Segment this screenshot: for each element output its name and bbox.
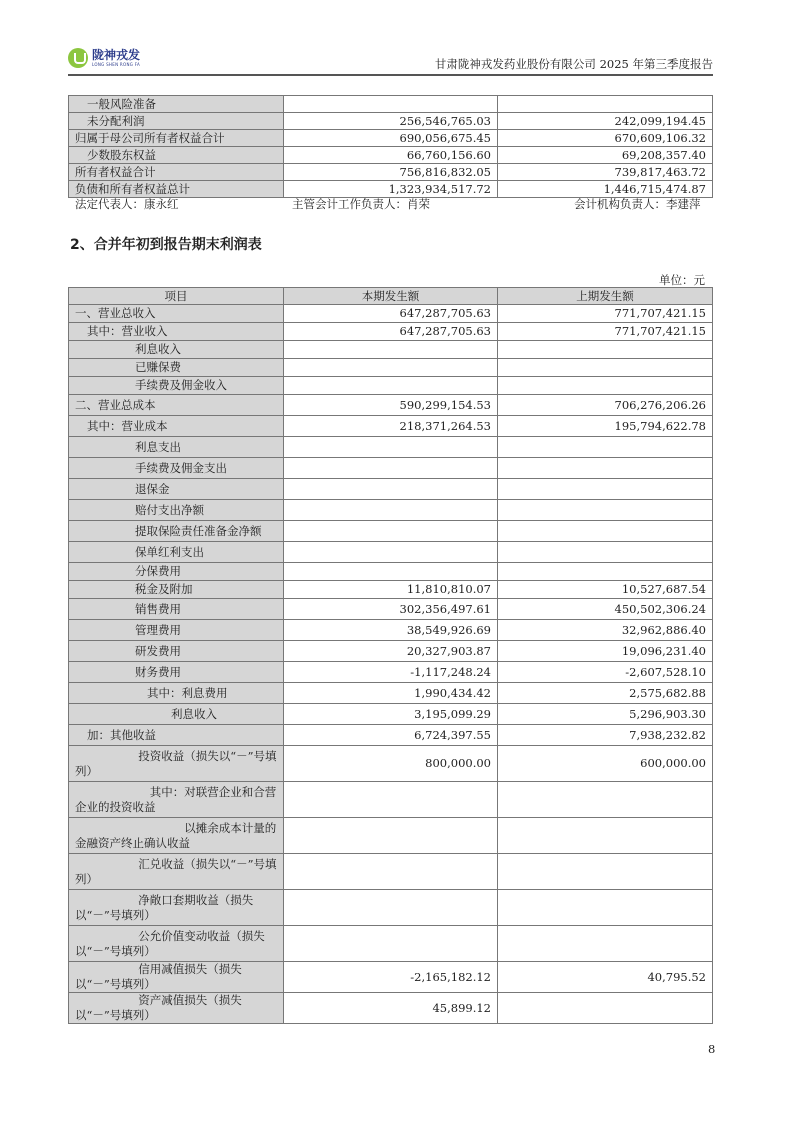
current-period-value	[284, 500, 498, 521]
row-label: 管理费用	[69, 620, 284, 641]
current-period-value: 66,760,156.60	[284, 147, 498, 164]
current-period-value	[284, 782, 498, 818]
table-row: 管理费用38,549,926.6932,962,886.40	[69, 620, 713, 641]
company-logo: 陇神戎发 LONG SHEN RONG FA	[68, 48, 140, 68]
prior-period-value: -2,607,528.10	[498, 662, 713, 683]
current-period-value	[284, 926, 498, 962]
page-number: 8	[708, 1042, 715, 1056]
table-row: 未分配利润256,546,765.03242,099,194.45	[69, 113, 713, 130]
prior-period-value: 600,000.00	[498, 746, 713, 782]
accounting-org-head: 会计机构负责人：李建萍	[574, 196, 701, 212]
row-label: 手续费及佣金支出	[69, 458, 284, 479]
prior-period-value: 670,609,106.32	[498, 130, 713, 147]
column-header-current: 本期发生额	[284, 288, 498, 305]
report-title: 甘肃陇神戎发药业股份有限公司 2025 年第三季度报告	[435, 56, 713, 72]
row-label: 税金及附加	[69, 581, 284, 599]
row-label: 以摊余成本计量的金融资产终止确认收益	[69, 818, 284, 854]
logo-english-name: LONG SHEN RONG FA	[92, 62, 140, 67]
column-header-prior: 上期发生额	[498, 288, 713, 305]
row-label: 汇兑收益（损失以“－”号填列）	[69, 854, 284, 890]
prior-period-value: 5,296,903.30	[498, 704, 713, 725]
table-row: 手续费及佣金收入	[69, 377, 713, 395]
column-header-item: 项目	[69, 288, 284, 305]
current-period-value	[284, 359, 498, 377]
table-row: 手续费及佣金支出	[69, 458, 713, 479]
table-row: 销售费用302,356,497.61450,502,306.24	[69, 599, 713, 620]
accounting-head: 主管会计工作负责人：肖荣	[292, 196, 430, 212]
table-row: 财务费用-1,117,248.24-2,607,528.10	[69, 662, 713, 683]
current-period-value	[284, 542, 498, 563]
table-row: 保单红利支出	[69, 542, 713, 563]
table-row: 资产减值损失（损失以“－”号填列）45,899.12	[69, 993, 713, 1024]
row-label: 净敞口套期收益（损失以“－”号填列）	[69, 890, 284, 926]
table-row: 已赚保费	[69, 359, 713, 377]
row-label: 利息收入	[69, 341, 284, 359]
row-label: 利息收入	[69, 704, 284, 725]
prior-period-value: 40,795.52	[498, 962, 713, 993]
row-label: 手续费及佣金收入	[69, 377, 284, 395]
current-period-value	[284, 854, 498, 890]
current-period-value	[284, 479, 498, 500]
prior-period-value	[498, 521, 713, 542]
prior-period-value: 195,794,622.78	[498, 416, 713, 437]
row-label: 其中：对联营企业和合营企业的投资收益	[69, 782, 284, 818]
table-row: 一、营业总收入647,287,705.63771,707,421.15	[69, 305, 713, 323]
current-period-value: 647,287,705.63	[284, 323, 498, 341]
row-label: 退保金	[69, 479, 284, 500]
prior-period-value: 771,707,421.15	[498, 323, 713, 341]
current-period-value: 1,990,434.42	[284, 683, 498, 704]
prior-period-value: 1,446,715,474.87	[498, 181, 713, 198]
income-statement-table: 项目 本期发生额 上期发生额 一、营业总收入647,287,705.63771,…	[68, 287, 713, 1024]
row-label: 少数股东权益	[69, 147, 284, 164]
row-label: 负债和所有者权益总计	[69, 181, 284, 198]
table-row: 净敞口套期收益（损失以“－”号填列）	[69, 890, 713, 926]
prior-period-value	[498, 359, 713, 377]
table-row: 其中：营业收入647,287,705.63771,707,421.15	[69, 323, 713, 341]
prior-period-value	[498, 782, 713, 818]
current-period-value	[284, 458, 498, 479]
table-row: 归属于母公司所有者权益合计690,056,675.45670,609,106.3…	[69, 130, 713, 147]
row-label: 赔付支出净额	[69, 500, 284, 521]
current-period-value: 38,549,926.69	[284, 620, 498, 641]
prior-period-value	[498, 377, 713, 395]
row-label: 其中：营业成本	[69, 416, 284, 437]
legal-representative: 法定代表人：康永红	[75, 196, 179, 212]
current-period-value: 756,816,832.05	[284, 164, 498, 181]
logo-chinese-name: 陇神戎发	[92, 49, 140, 62]
row-label: 财务费用	[69, 662, 284, 683]
prior-period-value	[498, 437, 713, 458]
prior-period-value	[498, 890, 713, 926]
table-row: 信用减值损失（损失以“－”号填列）-2,165,182.1240,795.52	[69, 962, 713, 993]
table-row: 其中：营业成本218,371,264.53195,794,622.78	[69, 416, 713, 437]
row-label: 归属于母公司所有者权益合计	[69, 130, 284, 147]
table-row: 利息收入	[69, 341, 713, 359]
table-row: 公允价值变动收益（损失以“－”号填列）	[69, 926, 713, 962]
row-label: 所有者权益合计	[69, 164, 284, 181]
table-row: 少数股东权益66,760,156.6069,208,357.40	[69, 147, 713, 164]
prior-period-value: 7,938,232.82	[498, 725, 713, 746]
current-period-value	[284, 437, 498, 458]
current-period-value: 302,356,497.61	[284, 599, 498, 620]
current-period-value: 647,287,705.63	[284, 305, 498, 323]
table-row: 利息支出	[69, 437, 713, 458]
table-row: 研发费用20,327,903.8719,096,231.40	[69, 641, 713, 662]
prior-period-value: 706,276,206.26	[498, 395, 713, 416]
prior-period-value	[498, 96, 713, 113]
row-label: 已赚保费	[69, 359, 284, 377]
header-divider	[68, 74, 713, 76]
table-row: 以摊余成本计量的金融资产终止确认收益	[69, 818, 713, 854]
row-label: 其中：营业收入	[69, 323, 284, 341]
table-row: 加：其他收益6,724,397.557,938,232.82	[69, 725, 713, 746]
prior-period-value	[498, 479, 713, 500]
table-row: 提取保险责任准备金净额	[69, 521, 713, 542]
current-period-value: 1,323,934,517.72	[284, 181, 498, 198]
current-period-value: 20,327,903.87	[284, 641, 498, 662]
table-row: 二、营业总成本590,299,154.53706,276,206.26	[69, 395, 713, 416]
row-label: 销售费用	[69, 599, 284, 620]
table-row: 汇兑收益（损失以“－”号填列）	[69, 854, 713, 890]
row-label: 其中：利息费用	[69, 683, 284, 704]
table-row: 税金及附加11,810,810.0710,527,687.54	[69, 581, 713, 599]
current-period-value	[284, 563, 498, 581]
current-period-value: 6,724,397.55	[284, 725, 498, 746]
current-period-value: 3,195,099.29	[284, 704, 498, 725]
table-row: 退保金	[69, 479, 713, 500]
current-period-value	[284, 818, 498, 854]
prior-period-value	[498, 341, 713, 359]
current-period-value: 690,056,675.45	[284, 130, 498, 147]
table-row: 负债和所有者权益总计1,323,934,517.721,446,715,474.…	[69, 181, 713, 198]
row-label: 研发费用	[69, 641, 284, 662]
row-label: 一、营业总收入	[69, 305, 284, 323]
table-header-row: 项目 本期发生额 上期发生额	[69, 288, 713, 305]
prior-period-value: 242,099,194.45	[498, 113, 713, 130]
current-period-value	[284, 341, 498, 359]
table-row: 其中：利息费用1,990,434.422,575,682.88	[69, 683, 713, 704]
table-row: 投资收益（损失以“－”号填列）800,000.00600,000.00	[69, 746, 713, 782]
current-period-value	[284, 377, 498, 395]
unit-label: 单位：元	[659, 272, 705, 288]
prior-period-value	[498, 926, 713, 962]
current-period-value: 800,000.00	[284, 746, 498, 782]
row-label: 资产减值损失（损失以“－”号填列）	[69, 993, 284, 1024]
current-period-value: 218,371,264.53	[284, 416, 498, 437]
row-label: 保单红利支出	[69, 542, 284, 563]
table-row: 所有者权益合计756,816,832.05739,817,463.72	[69, 164, 713, 181]
prior-period-value	[498, 542, 713, 563]
prior-period-value: 771,707,421.15	[498, 305, 713, 323]
table-row: 利息收入3,195,099.295,296,903.30	[69, 704, 713, 725]
table-row: 一般风险准备	[69, 96, 713, 113]
current-period-value: 11,810,810.07	[284, 581, 498, 599]
prior-period-value	[498, 458, 713, 479]
row-label: 信用减值损失（损失以“－”号填列）	[69, 962, 284, 993]
current-period-value: 590,299,154.53	[284, 395, 498, 416]
prior-period-value	[498, 854, 713, 890]
row-label: 加：其他收益	[69, 725, 284, 746]
current-period-value: -1,117,248.24	[284, 662, 498, 683]
current-period-value	[284, 96, 498, 113]
prior-period-value	[498, 818, 713, 854]
row-label: 利息支出	[69, 437, 284, 458]
prior-period-value: 69,208,357.40	[498, 147, 713, 164]
page-header: 陇神戎发 LONG SHEN RONG FA 甘肃陇神戎发药业股份有限公司 20…	[68, 48, 713, 74]
prior-period-value	[498, 563, 713, 581]
row-label: 提取保险责任准备金净额	[69, 521, 284, 542]
prior-period-value: 739,817,463.72	[498, 164, 713, 181]
table-row: 分保费用	[69, 563, 713, 581]
current-period-value: 45,899.12	[284, 993, 498, 1024]
row-label: 未分配利润	[69, 113, 284, 130]
table-row: 赔付支出净额	[69, 500, 713, 521]
prior-period-value: 2,575,682.88	[498, 683, 713, 704]
table-row: 其中：对联营企业和合营企业的投资收益	[69, 782, 713, 818]
section-title: 2、合并年初到报告期末利润表	[70, 234, 262, 254]
prior-period-value: 19,096,231.40	[498, 641, 713, 662]
prior-period-value: 10,527,687.54	[498, 581, 713, 599]
row-label: 投资收益（损失以“－”号填列）	[69, 746, 284, 782]
prior-period-value	[498, 993, 713, 1024]
row-label: 二、营业总成本	[69, 395, 284, 416]
prior-period-value: 32,962,886.40	[498, 620, 713, 641]
current-period-value: 256,546,765.03	[284, 113, 498, 130]
current-period-value	[284, 521, 498, 542]
current-period-value: -2,165,182.12	[284, 962, 498, 993]
current-period-value	[284, 890, 498, 926]
balance-sheet-tail-table: 一般风险准备未分配利润256,546,765.03242,099,194.45归…	[68, 95, 713, 198]
logo-icon	[68, 48, 88, 68]
prior-period-value	[498, 500, 713, 521]
row-label: 公允价值变动收益（损失以“－”号填列）	[69, 926, 284, 962]
row-label: 一般风险准备	[69, 96, 284, 113]
row-label: 分保费用	[69, 563, 284, 581]
prior-period-value: 450,502,306.24	[498, 599, 713, 620]
